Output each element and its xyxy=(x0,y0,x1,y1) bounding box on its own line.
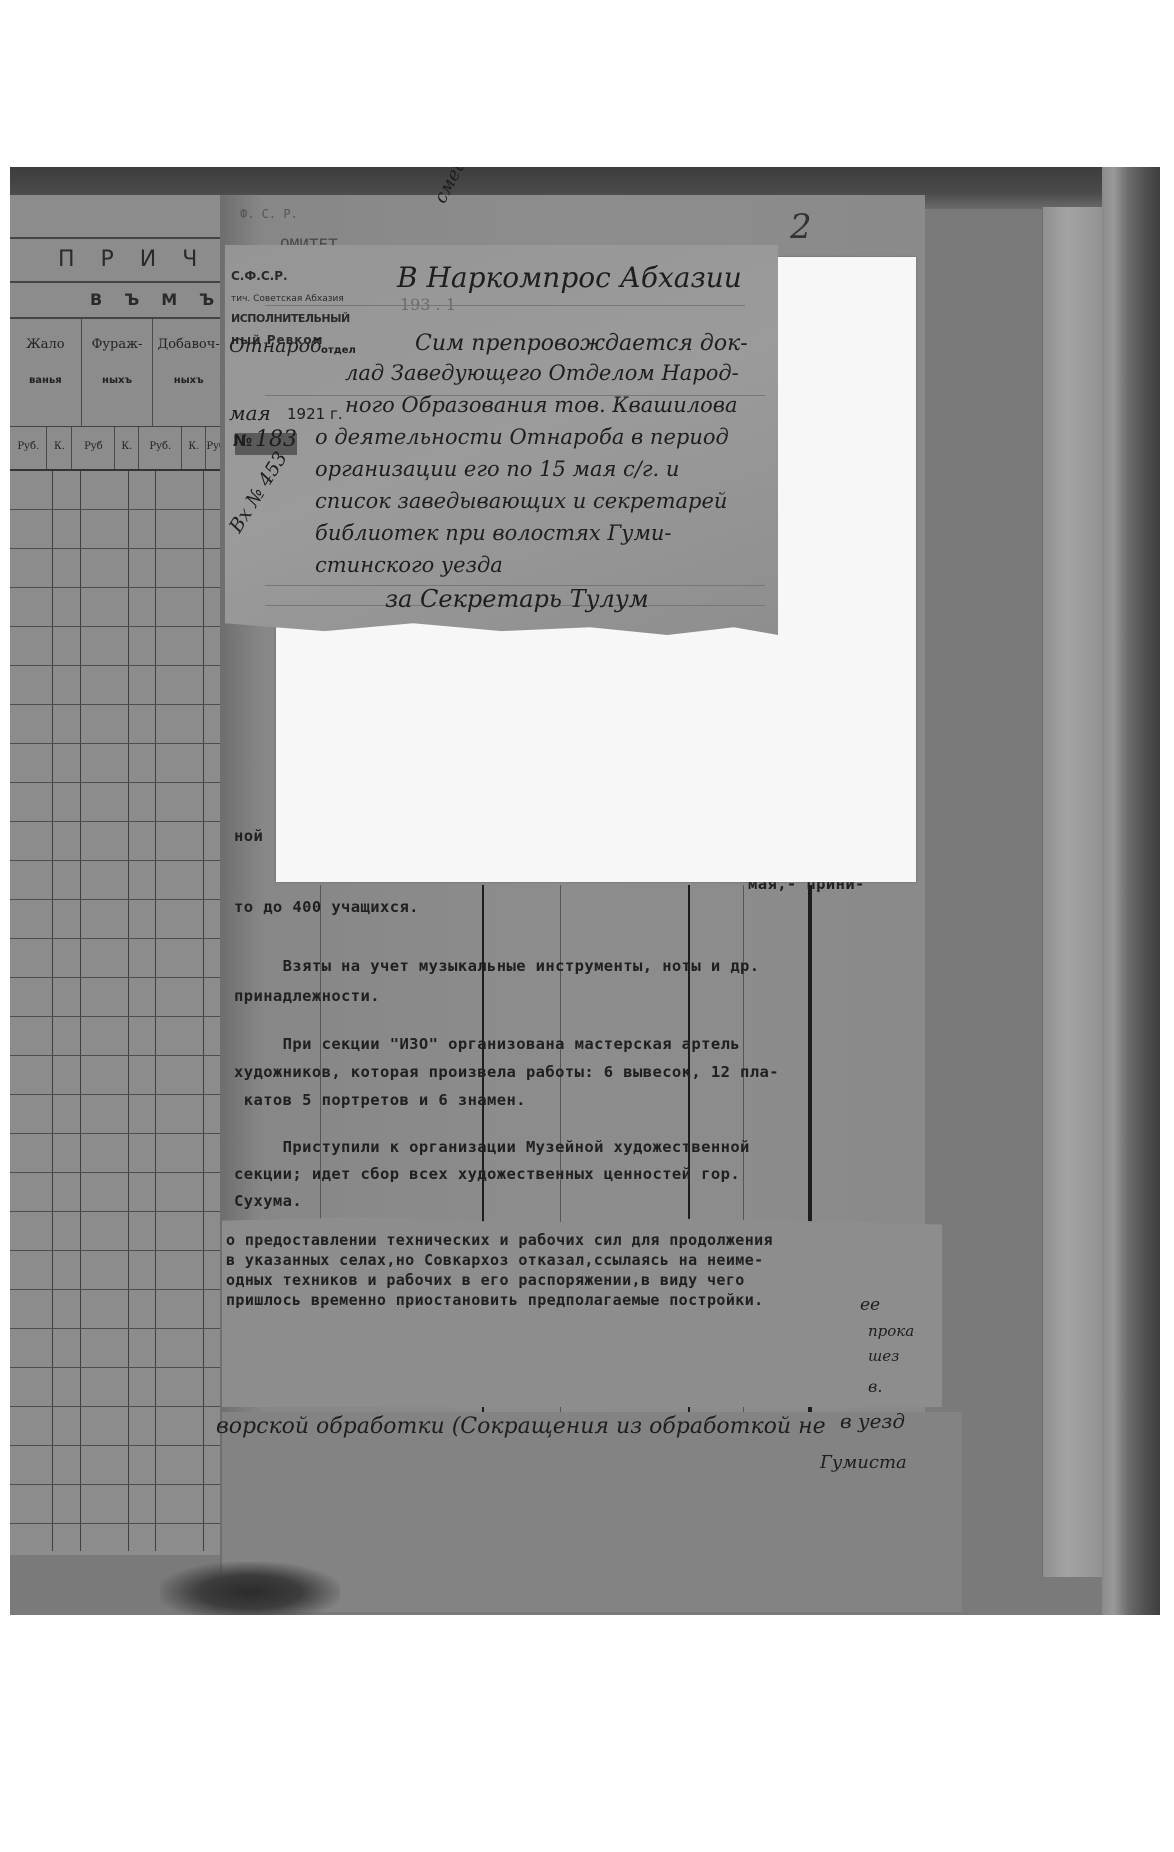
slip-line: о предоставлении технических и рабочих с… xyxy=(226,1231,773,1249)
report-line: принадлежности. xyxy=(234,987,380,1005)
slip-line: пришлось временно приостановить предпола… xyxy=(226,1291,764,1309)
dark-smudge xyxy=(160,1562,340,1615)
slip-line: одных техников и рабочих в его распоряже… xyxy=(226,1271,745,1289)
ledger-unit: Руб xyxy=(72,427,115,469)
slip-line: в указанных селах,но Совкархоз отказал,с… xyxy=(226,1251,764,1269)
note-line: организации его по 15 мая с/г. и xyxy=(315,457,679,481)
margin-handwriting: шез xyxy=(868,1347,899,1365)
ledger-unit: К. xyxy=(115,427,139,469)
pasted-typed-slip: о предоставлении технических и рабочих с… xyxy=(222,1217,942,1407)
note-line: стинского уезда xyxy=(315,553,503,577)
document-photograph: ПРИЧИ ВЪМЪ Жало ванья Фураж- ныхъ Добаво… xyxy=(10,167,1160,1615)
ledger-unit: Руб. xyxy=(10,427,47,469)
year-printed: 1921 г. xyxy=(287,405,343,423)
ledger-unit: Руб. xyxy=(139,427,182,469)
page-number: 2 xyxy=(790,207,812,247)
report-line: секции; идет сбор всех художественных це… xyxy=(234,1165,740,1183)
note-line: библиотек при волостях Гуми- xyxy=(315,521,672,545)
folder-binding-strip xyxy=(1042,207,1102,1577)
report-line: то до 400 учащихся. xyxy=(234,898,419,916)
ledger-column-headers: Жало ванья Фураж- ныхъ Добавоч- ныхъ xyxy=(10,319,225,427)
report-line: Сухума. xyxy=(234,1192,302,1210)
registration-number-handwritten: 183 xyxy=(255,427,297,452)
report-line: При секции "ИЗО" организована мастерская… xyxy=(234,1035,740,1053)
margin-handwriting: ее xyxy=(860,1295,880,1315)
ledger-unit: К. xyxy=(47,427,72,469)
accounting-ledger-page: ПРИЧИ ВЪМЪ Жало ванья Фураж- ныхъ Добаво… xyxy=(10,195,225,1555)
ledger-subtitle: ВЪМЪ xyxy=(10,283,225,319)
report-line: Приступили к организации Музейной художе… xyxy=(234,1138,750,1156)
report-line: Взяты на учет музыкальные инструменты, н… xyxy=(234,957,760,975)
report-line: катов 5 портретов и 6 знамен. xyxy=(234,1091,526,1109)
margin-handwriting: в уезд xyxy=(840,1409,905,1433)
ledger-unit-row: Руб. К. Руб К. Руб. К. Руб xyxy=(10,427,225,471)
handwritten-cover-note: С.Ф.С.Р. тич. Советская Абхазия ИСПОЛНИТ… xyxy=(225,245,778,635)
ledger-title: ПРИЧИ xyxy=(10,237,225,283)
note-line: лад Заведующего Отделом Народ- xyxy=(345,361,739,385)
margin-handwriting: прока xyxy=(868,1322,914,1340)
department-label: отдел xyxy=(321,345,356,356)
note-line: ного Образования тов. Квашилова xyxy=(345,393,737,417)
bottom-handwritten-line: ворской обработки (Сокращения из обработ… xyxy=(216,1414,826,1439)
ledger-column-forage: Фураж- ныхъ xyxy=(82,319,154,426)
ledger-column-supplementary: Добавоч- ныхъ xyxy=(153,319,225,426)
ledger-grid xyxy=(10,471,225,1551)
ledger-column-salary: Жало ванья xyxy=(10,319,82,426)
margin-handwriting: в. xyxy=(868,1377,882,1396)
month-handwritten: мая xyxy=(229,401,271,425)
note-line: список заведывающих и секретарей xyxy=(315,489,727,513)
department-handwritten: Отнароб xyxy=(229,335,322,357)
number-label: № xyxy=(233,431,252,450)
note-line: Сим препровождается док- xyxy=(415,331,748,356)
folder-spine xyxy=(1102,167,1160,1615)
ledger-unit: К. xyxy=(182,427,206,469)
incoming-number-annotation: Вх № 453 xyxy=(225,448,292,537)
note-signature: за Секретарь Тулум xyxy=(385,585,649,613)
report-fragment-left: ной xyxy=(234,827,263,845)
bottom-right-note: Гумиста xyxy=(820,1452,907,1473)
note-line: о деятельности Отнароба в период xyxy=(315,425,729,449)
report-line: художников, которая произвела работы: 6 … xyxy=(234,1063,779,1081)
note-addressee: В Наркомпрос Абхазии xyxy=(397,261,742,294)
